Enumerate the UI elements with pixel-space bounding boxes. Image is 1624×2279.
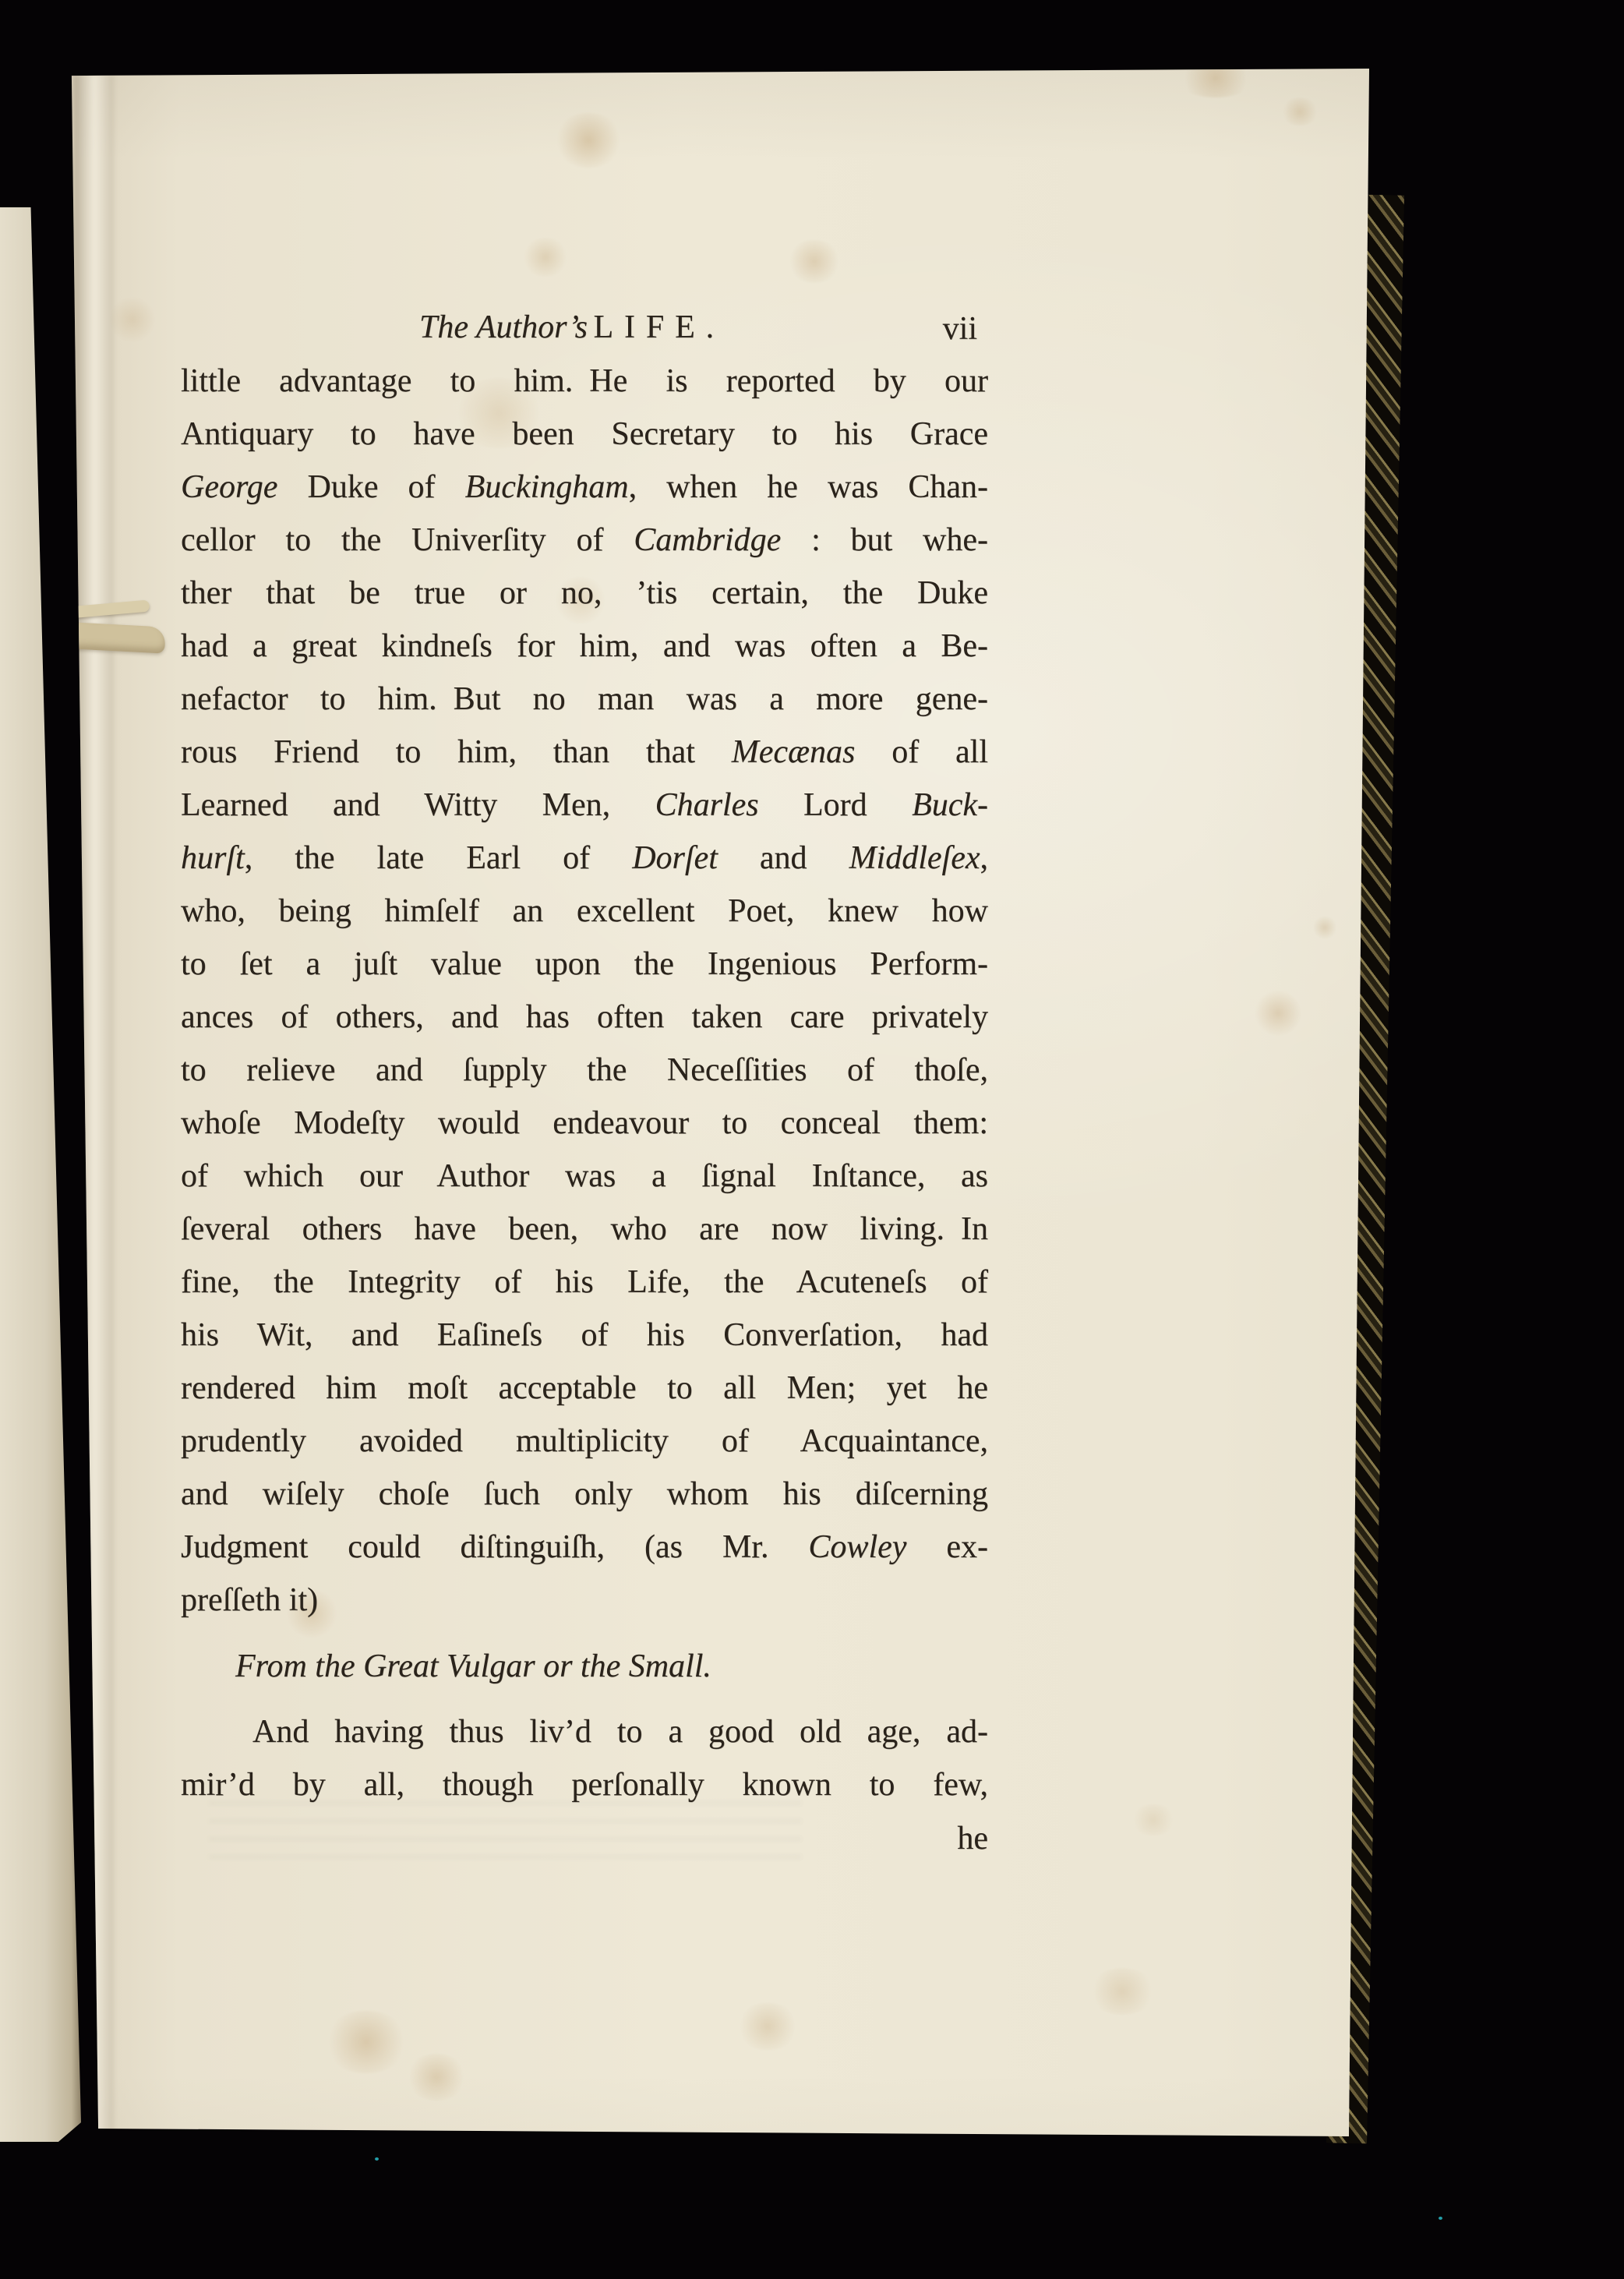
running-title: The Author’sLIFE. [419, 309, 725, 346]
body-line: had a great kindneſs for him, and was of… [181, 620, 988, 673]
catchword-text: he [957, 1821, 988, 1857]
catchword: he [181, 1812, 988, 1865]
body-line: to ſet a juſt value upon the Ingenious P… [181, 938, 988, 991]
running-header: The Author’sLIFE. vii [181, 309, 988, 354]
body-line: whoſe Modeſty would endeavour to conceal… [181, 1097, 988, 1150]
page-number: vii [943, 310, 977, 348]
body-line: mir’d by all, though perſonally known to… [181, 1758, 988, 1811]
quote-line: From the Great Vulgar or the Small. [181, 1640, 988, 1693]
body-line: little advantage to him. He is reported … [181, 355, 988, 408]
body-line: to relieve and ſupply the Neceſſities of… [181, 1044, 988, 1097]
body-line: cellor to the Univerſity of Cambridge : … [181, 514, 988, 567]
body-line: and wiſely choſe ſuch only whom his diſc… [181, 1468, 988, 1521]
body-line: Learned and Witty Men, Charles Lord Buck… [181, 779, 988, 832]
body-line: ances of others, and has often taken car… [181, 991, 988, 1044]
running-title-italic: The Author’s [419, 309, 588, 345]
body-line: Antiquary to have been Secretary to his … [181, 408, 988, 461]
body-line: preſſeth it) [181, 1574, 988, 1627]
body-line: hurſt, the late Earl of Dorſet and Middl… [181, 832, 988, 885]
scan-background: The Author’sLIFE. vii little advantage t… [0, 0, 1624, 2279]
body-line: rous Friend to him, than that Mecænas of… [181, 726, 988, 779]
body-line: prudently avoided multiplicity of Acquai… [181, 1415, 988, 1468]
running-title-caps: LIFE. [593, 309, 724, 345]
body-line: who, being himſelf an excellent Poet, kn… [181, 885, 988, 938]
quote-text: From the Great Vulgar or the Small. [235, 1648, 711, 1684]
body-line: ther that be true or no, ’tis certain, t… [181, 567, 988, 620]
body-line: ſeveral others have been, who are now li… [181, 1203, 988, 1256]
body-line: George Duke of Buckingham, when he was C… [181, 461, 988, 514]
body-line: And having thus liv’d to a good old age,… [181, 1705, 988, 1758]
body-line: his Wit, and Eaſineſs of his Converſatio… [181, 1309, 988, 1362]
body-line: nefactor to him. But no man was a more g… [181, 673, 988, 726]
body-line: fine, the Integrity of his Life, the Acu… [181, 1256, 988, 1309]
second-paragraph: And having thus liv’d to a good old age,… [181, 1705, 988, 1811]
body-line: of which our Author was a ſignal Inſtanc… [181, 1150, 988, 1203]
body-text: little advantage to him. He is reported … [181, 355, 988, 1627]
body-line: Judgment could diſtinguiſh, (as Mr. Cowl… [181, 1521, 988, 1574]
body-line: rendered him moſt acceptable to all Men;… [181, 1362, 988, 1415]
page-content: The Author’sLIFE. vii little advantage t… [0, 0, 1624, 2279]
